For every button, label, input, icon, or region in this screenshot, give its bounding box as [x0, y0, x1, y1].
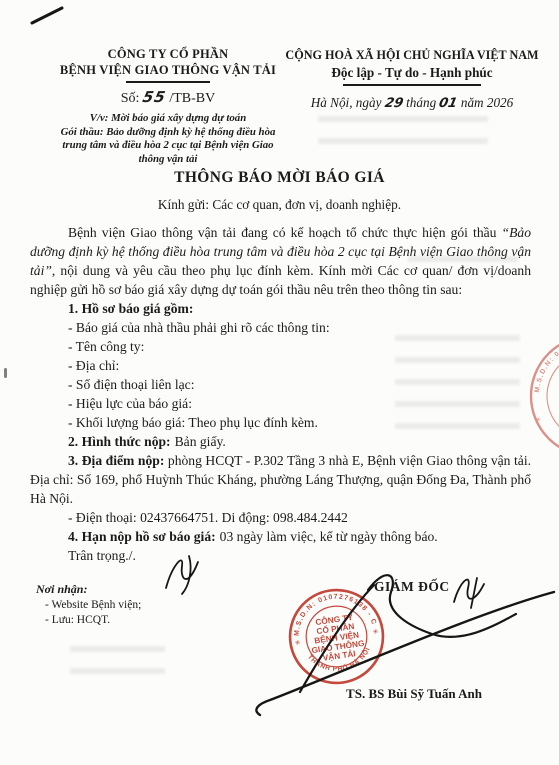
date-day-handwritten: 29: [383, 96, 404, 111]
bullet-item: - Số điện thoại liên lạc:: [30, 375, 531, 394]
pen-slash-mark: [26, 2, 70, 28]
document-number-suffix: /TB-BV: [169, 91, 215, 106]
scan-edge-artifact: [4, 368, 7, 378]
bullet-item: - Báo giá của nhà thầu phải ghi rõ các t…: [30, 318, 531, 337]
bleed-through-artifact: [70, 646, 165, 674]
document-number-label: Số:: [121, 91, 140, 106]
national-motto-line1: CỘNG HOÀ XÃ HỘI CHỦ NGHĨA VIỆT NAM: [283, 48, 541, 63]
national-header: CỘNG HOÀ XÃ HỘI CHỦ NGHĨA VIỆT NAM Độc l…: [283, 48, 541, 111]
document-title: THÔNG BÁO MỜI BÁO GIÁ: [0, 169, 559, 187]
recipients-label: Nơi nhận:: [36, 582, 141, 598]
partial-stamp-right-edge: M.S.D.N: 0107276138 - C ✳: [518, 330, 559, 462]
section3-phone: - Điện thoại: 02437664751. Di động: 098.…: [30, 508, 531, 527]
intro-part3: , nội dung và yêu cầu theo phụ lục đính …: [30, 263, 531, 297]
document-number-handwritten: 55: [141, 88, 168, 106]
company-type: CÔNG TY CỔ PHẦN: [32, 46, 304, 62]
intro-part1: Bệnh viện Giao thông vận tải đang có kế …: [68, 225, 502, 240]
recipient-item: - Website Bệnh viện;: [36, 598, 141, 614]
section1-title: 1. Hồ sơ báo giá gồm:: [30, 299, 531, 318]
date-year: năm 2026: [461, 95, 513, 110]
document-body: Bệnh viện Giao thông vận tải đang có kế …: [30, 223, 531, 565]
section3-label: 3. Địa điểm nộp:: [68, 453, 164, 468]
issuer-header: CÔNG TY CỔ PHẦN BỆNH VIỆN GIAO THÔNG VẬN…: [32, 46, 304, 166]
section2-text: Bản giấy.: [175, 434, 226, 449]
bullet-item: - Tên công ty:: [30, 337, 531, 356]
recipient-item: - Lưu: HCQT.: [36, 613, 141, 629]
section4-text: 03 ngày làm việc, kể từ ngày thông báo.: [220, 529, 438, 544]
closing-initials-signature: [158, 546, 213, 598]
salutation: Kính gửi: Các cơ quan, đơn vị, doanh ngh…: [0, 197, 559, 213]
document-number: Số: 55 /TB-BV: [32, 88, 304, 107]
date-line: Hà Nội, ngày 29 tháng 01 năm 2026: [283, 95, 541, 111]
scanned-document-page: CÔNG TY CỔ PHẦN BỆNH VIỆN GIAO THÔNG VẬN…: [0, 0, 559, 765]
section2-label: 2. Hình thức nộp:: [68, 434, 171, 449]
section3: 3. Địa điểm nộp: phòng HCQT - P.302 Tầng…: [30, 451, 531, 508]
date-thang: tháng: [406, 95, 436, 110]
section2: 2. Hình thức nộp:Bản giấy.: [30, 432, 531, 451]
company-name: BỆNH VIỆN GIAO THÔNG VẬN TẢI: [32, 62, 304, 78]
header-rule: [343, 84, 481, 86]
date-prefix: Hà Nội, ngày: [311, 95, 382, 110]
subject-line1: V/v: Mời báo giá xây dựng dự toán: [49, 112, 287, 126]
header-rule: [126, 81, 210, 83]
partial-stamp-star: ✳: [535, 416, 541, 424]
bullet-item: - Hiệu lực của báo giá:: [30, 394, 531, 413]
bullet-item: - Khối lượng báo giá: Theo phụ lục đính …: [30, 413, 531, 432]
national-motto-line2: Độc lập - Tự do - Hạnh phúc: [283, 65, 541, 81]
date-month-handwritten: 01: [438, 96, 459, 111]
section4-label: 4. Hạn nộp hồ sơ báo giá:: [68, 529, 216, 544]
document-subject: V/v: Mời báo giá xây dựng dự toán Gói th…: [49, 112, 287, 166]
section4: 4. Hạn nộp hồ sơ báo giá:03 ngày làm việ…: [30, 527, 531, 546]
recipients-block: Nơi nhận: - Website Bệnh viện; - Lưu: HC…: [36, 582, 141, 629]
bleed-through-artifact: [318, 116, 488, 150]
director-signature: [248, 552, 559, 722]
subject-line2: Gói thầu: Bảo dưỡng định kỳ hệ thống điề…: [49, 126, 287, 167]
bullet-item: - Địa chỉ:: [30, 356, 531, 375]
intro-paragraph: Bệnh viện Giao thông vận tải đang có kế …: [30, 223, 531, 299]
